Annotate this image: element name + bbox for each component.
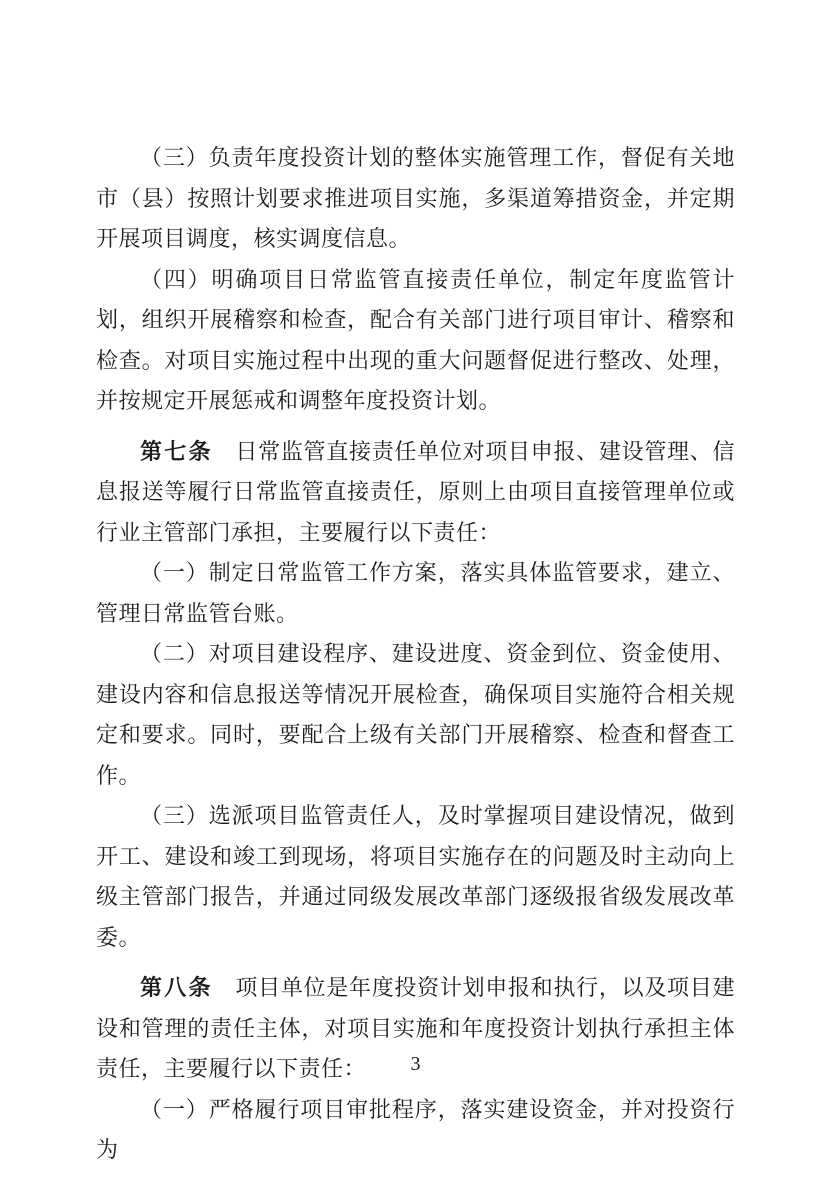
paragraph-text: （三）负责年度投资计划的整体实施管理工作，督促有关地市（县）按照计划要求推进项目… [96, 145, 735, 251]
paragraph-item-1-duty: （一）制定日常监管工作方案，落实具体监管要求，建立、管理日常监管台账。 [96, 553, 735, 634]
paragraph-text: （四）明确项目日常监管直接责任单位，制定年度监管计划，组织开展稽察和检查，配合有… [96, 267, 735, 414]
paragraph-text: （二）对项目建设程序、建设进度、资金到位、资金使用、建设内容和信息报送等情况开展… [96, 641, 735, 788]
paragraph-text: （三）选派项目监管责任人，及时掌握项目建设情况，做到开工、建设和竣工到现场，将项… [96, 803, 735, 950]
document-page: （三）负责年度投资计划的整体实施管理工作，督促有关地市（县）按照计划要求推进项目… [0, 0, 831, 1178]
paragraph-item-2-duty: （二）对项目建设程序、建设进度、资金到位、资金使用、建设内容和信息报送等情况开展… [96, 634, 735, 796]
paragraph-item-3-duty: （三）负责年度投资计划的整体实施管理工作，督促有关地市（县）按照计划要求推进项目… [96, 138, 735, 260]
article-7-number: 第七条 [140, 439, 213, 464]
paragraph-item-3-supervisor: （三）选派项目监管责任人，及时掌握项目建设情况，做到开工、建设和竣工到现场，将项… [96, 796, 735, 958]
paragraph-item-1-approval: （一）严格履行项目审批程序，落实建设资金，并对投资行为 [96, 1090, 735, 1171]
paragraph-text: （一）严格履行项目审批程序，落实建设资金，并对投资行为 [96, 1097, 735, 1163]
page-number: 3 [0, 1052, 831, 1076]
paragraph-text: （一）制定日常监管工作方案，落实具体监管要求，建立、管理日常监管台账。 [96, 560, 735, 626]
document-body: （三）负责年度投资计划的整体实施管理工作，督促有关地市（县）按照计划要求推进项目… [96, 138, 735, 1171]
paragraph-item-4-duty: （四）明确项目日常监管直接责任单位，制定年度监管计划，组织开展稽察和检查，配合有… [96, 260, 735, 422]
article-8-number: 第八条 [140, 975, 213, 1000]
paragraph-article-7: 第七条 日常监管直接责任单位对项目申报、建设管理、信息报送等履行日常监管直接责任… [96, 432, 735, 554]
